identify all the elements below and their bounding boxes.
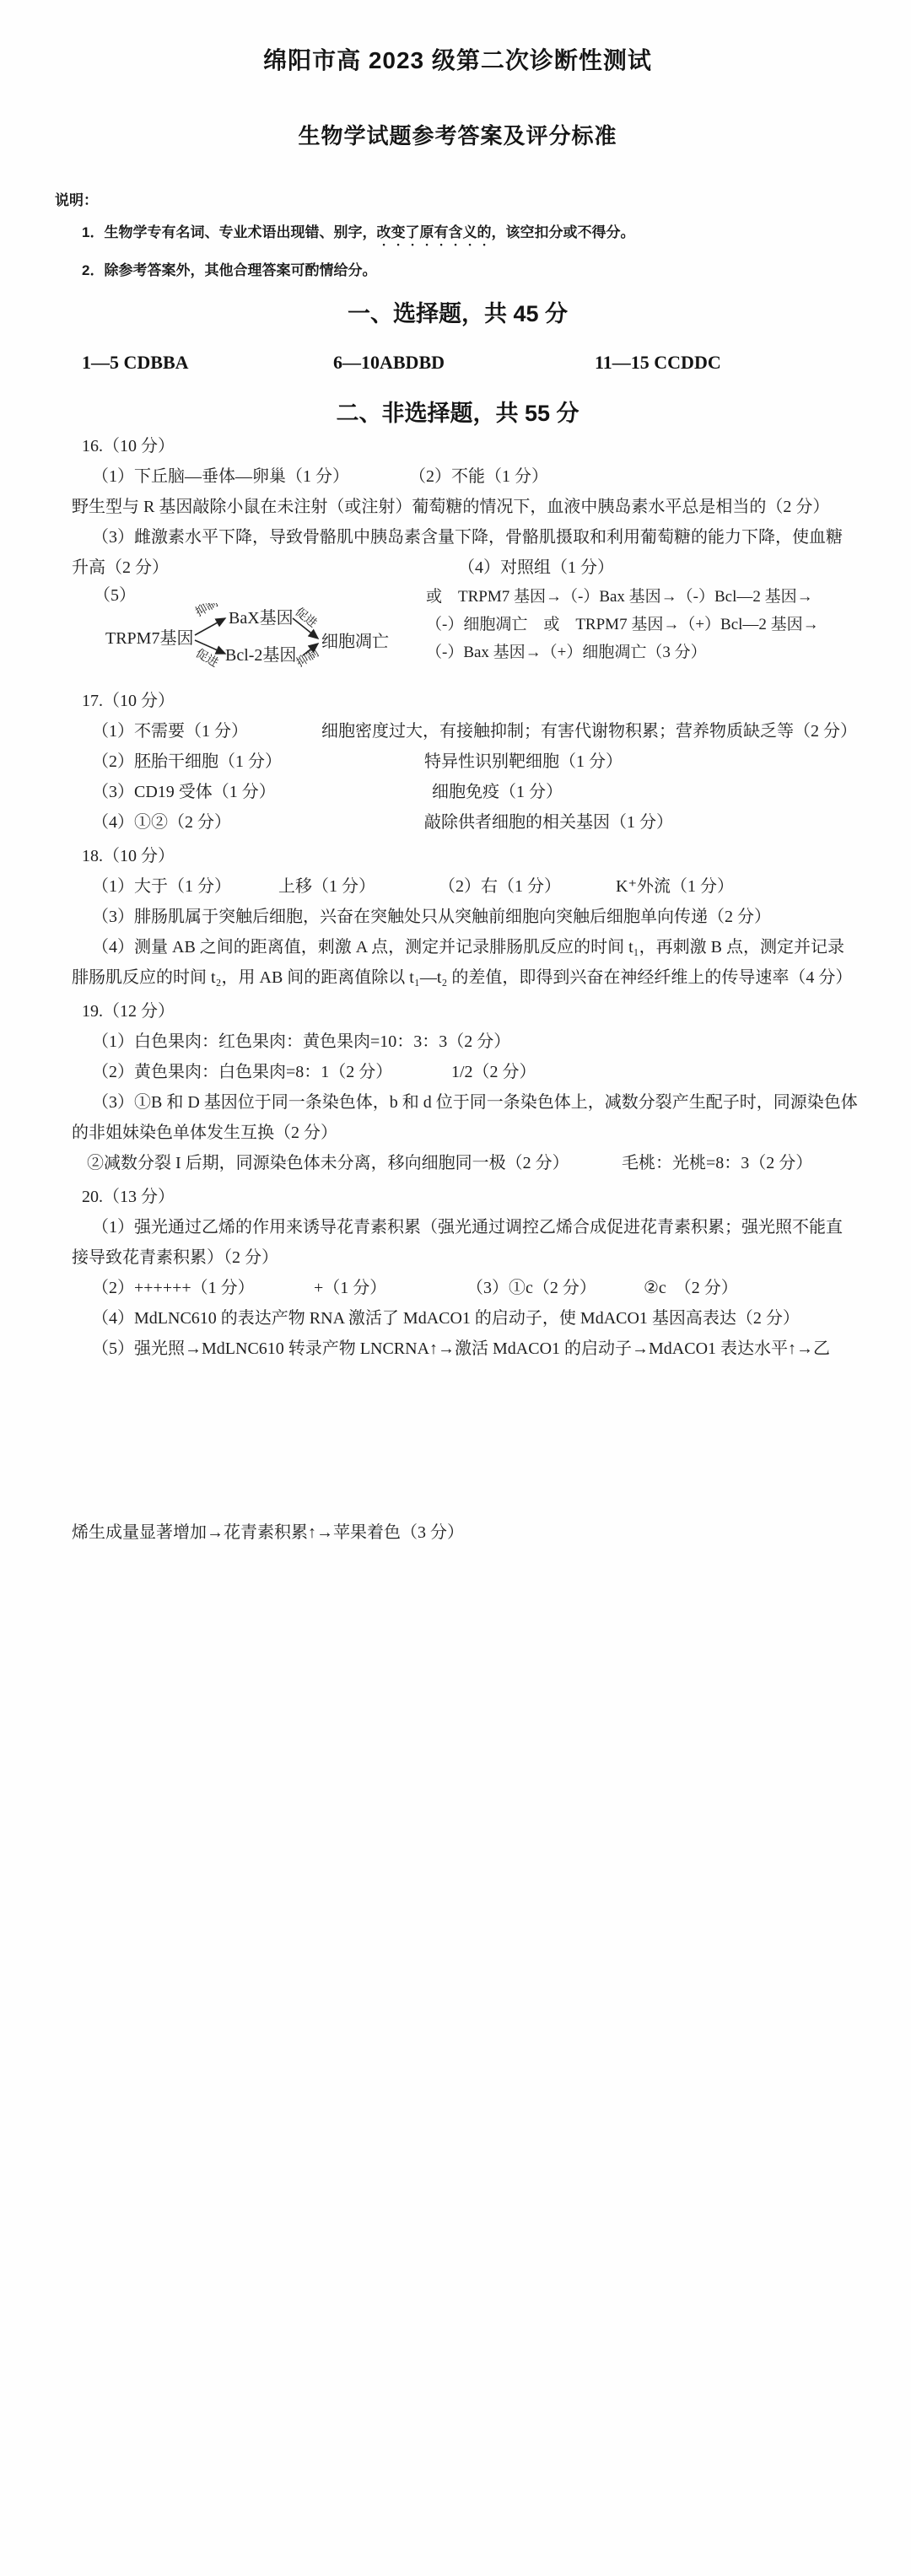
answer-line: 升高（2 分） （4）对照组（1 分） [55, 552, 860, 583]
answer-text: （3）CD19 受体（1 分） [92, 783, 276, 801]
note-item-1: 1．生物学专有名词、专业术语出现错、别字，改变了原有含义的，该空扣分或不得分。 [55, 223, 860, 249]
answer-text: （1）不需要（1 分） [92, 722, 248, 741]
answer-line: 野生型与 R 基因敲除小鼠在未注射（或注射）葡萄糖的情况下，血液中胰岛素水平总是… [55, 492, 860, 522]
arrow-line [195, 618, 225, 635]
notes-block: 说明： 1．生物学专有名词、专业术语出现错、别字，改变了原有含义的，该空扣分或不… [55, 191, 860, 281]
page-title: 绵阳市高 2023 级第二次诊断性测试 [55, 44, 860, 78]
answer-text: （4）①②（2 分） [92, 813, 231, 832]
question-19-heading: 19.（12 分） [55, 996, 860, 1027]
question-19-block: 19.（12 分） （1）白色果肉：红色果肉：黄色果肉=10：3：3（2 分） … [55, 996, 860, 1178]
answer-line: （1）强光通过乙烯的作用来诱导花青素积累（强光通过调控乙烯合成促进花青素积累；强… [55, 1212, 860, 1242]
page-content: 绵阳市高 2023 级第二次诊断性测试 生物学试题参考答案及评分标准 说明： 1… [0, 0, 911, 1548]
answer-text: （2）右（1 分） [439, 871, 561, 902]
answer-line: （2）胚胎干细胞（1 分） 特异性识别靶细胞（1 分） [55, 746, 860, 777]
answer-text: （3）①c（2 分） [466, 1273, 596, 1303]
answer-text: 细胞密度过大，有接触抑制；有害代谢物积累；营养物质缺乏等（2 分） [321, 716, 857, 746]
question-20-block: 20.（13 分） （1）强光通过乙烯的作用来诱导花青素积累（强光通过调控乙烯合… [55, 1182, 860, 1548]
answer-text: ②减数分裂 I 后期，同源染色体未分离，移向细胞同一极（2 分） [87, 1154, 569, 1172]
answer-text: （-）细胞凋亡 或 TRPM7 基因→（+）Bcl—2 基因→ [426, 611, 819, 639]
diagram-node-bax-gene: BaX基因 [229, 608, 294, 628]
answer-line: 的非姐妹染色单体发生互换（2 分） [55, 1118, 860, 1148]
answer-line: （3）①B 和 D 基因位于同一条染色体，b 和 d 位于同一条染色体上，减数分… [55, 1087, 860, 1118]
answer-text: 升高（2 分） [72, 558, 169, 577]
answer-text: ②c （2 分） [644, 1273, 738, 1303]
answer-text: 上移（1 分） [278, 871, 375, 902]
answer-text: （2）胚胎干细胞（1 分） [92, 752, 282, 771]
answer-text: 1/2（2 分） [451, 1057, 536, 1087]
answer-text: （1）下丘脑—垂体—卵巢（1 分） [92, 467, 349, 486]
answer-line: 腓肠肌反应的时间 t₂，用 AB 间的距离值除以 t₁—t₂ 的差值，即得到兴奋… [55, 962, 860, 993]
answer-text: 毛桃：光桃=8：3（2 分） [622, 1148, 812, 1178]
answer-line: （1）白色果肉：红色果肉：黄色果肉=10：3：3（2 分） [55, 1027, 860, 1057]
answer-line: （4）①②（2 分） 敲除供者细胞的相关基因（1 分） [55, 807, 860, 838]
diagram-node-apoptosis: 细胞凋亡 [321, 632, 389, 651]
answer-text: K⁺外流（1 分） [616, 871, 734, 902]
answer-text: （1）大于（1 分） [92, 877, 231, 896]
answer-line: （3）腓肠肌属于突触后细胞，兴奋在突触处只从突触前细胞向突触后细胞单向传递（2 … [55, 902, 860, 932]
answer-line: 接导致花青素积累）（2 分） [55, 1242, 860, 1273]
question-17-block: 17.（10 分） （1）不需要（1 分） 细胞密度过大，有接触抑制；有害代谢物… [55, 686, 860, 838]
section-1-heading: 一、选择题，共 45 分 [55, 299, 860, 328]
answer-line: （3）雌激素水平下降，导致骨骼肌中胰岛素含量下降，骨骼肌摄取和利用葡萄糖的能力下… [55, 522, 860, 552]
section-2-heading: 二、非选择题，共 55 分 [55, 399, 860, 428]
mcq-answers-6-10: 6—10ABDBD [333, 350, 445, 375]
answer-text: 特异性识别靶细胞（1 分） [424, 746, 623, 777]
answer-text: （2）黄色果肉：白色果肉=8：1（2 分） [92, 1063, 392, 1081]
note-1-number: 1． [82, 224, 104, 240]
scanned-answer-sheet: 绵阳市高 2023 级第二次诊断性测试 生物学试题参考答案及评分标准 说明： 1… [0, 0, 911, 2576]
question-18-block: 18.（10 分） （1）大于（1 分） 上移（1 分） （2）右（1 分） K… [55, 841, 860, 993]
answer-line: （4）MdLNC610 的表达产物 RNA 激活了 MdACO1 的启动子，使 … [55, 1303, 860, 1334]
note-1-text-pre: 生物学专有名词、专业术语出现错、别字， [104, 224, 376, 240]
answer-text: +（1 分） [314, 1273, 386, 1303]
answer-text: （-）Bax 基因→（+）细胞凋亡（3 分） [426, 639, 819, 666]
mcq-answers-11-15: 11—15 CCDDC [595, 350, 721, 375]
answer-line: （1）不需要（1 分） 细胞密度过大，有接触抑制；有害代谢物积累；营养物质缺乏等… [55, 716, 860, 746]
answer-text: 细胞免疫（1 分） [432, 777, 563, 807]
answer-text: （2）不能（1 分） [409, 461, 548, 492]
note-item-2: 2．除参考答案外，其他合理答案可酌情给分。 [55, 261, 860, 281]
arrow-label-inhibit: 抑制 [193, 603, 221, 619]
arrow-label-inhibit: 抑制 [294, 645, 321, 669]
answer-text: 或 TRPM7 基因→（-）Bax 基因→（-）Bcl—2 基因→ [426, 583, 819, 611]
answer-figure-row: （5） TRPM7基因 BaX基因 Bcl-2基因 细胞凋亡 抑制 [55, 583, 860, 682]
answer-line: （1）大于（1 分） 上移（1 分） （2）右（1 分） K⁺外流（1 分） [55, 871, 860, 902]
diagram-node-trpm7-gene: TRPM7基因 [105, 628, 193, 648]
question-16-heading: 16.（10 分） [55, 431, 860, 461]
note-1-text-post: ，该空扣分或不得分。 [491, 224, 634, 240]
gene-pathway-diagram: TRPM7基因 BaX基因 Bcl-2基因 细胞凋亡 抑制 促进 促进 抑制 [104, 603, 441, 669]
answer-line: （2）++++++（1 分） +（1 分） （3）①c（2 分） ②c （2 分… [55, 1273, 860, 1303]
answer-line: （5）强光照→MdLNC610 转录产物 LNCRNA↑→激活 MdACO1 的… [55, 1334, 860, 1364]
page-subtitle: 生物学试题参考答案及评分标准 [55, 121, 860, 150]
answer-line: 烯生成量显著增加→花青素积累↑→苹果着色（3 分） [55, 1517, 860, 1548]
arrow-label-promote: 促进 [293, 606, 320, 631]
answer-line: （1）下丘脑—垂体—卵巢（1 分） （2）不能（1 分） [55, 461, 860, 492]
answer-line: （3）CD19 受体（1 分） 细胞免疫（1 分） [55, 777, 860, 807]
answer-text: （4）对照组（1 分） [458, 552, 614, 583]
alternative-answer-column: 或 TRPM7 基因→（-）Bax 基因→（-）Bcl—2 基因→ （-）细胞凋… [426, 583, 819, 666]
mcq-answers-1-5: 1—5 CDBBA [82, 350, 189, 375]
answer-line: （4）测量 AB 之间的距离值，刺激 A 点，测定并记录腓肠肌反应的时间 t₁，… [55, 932, 860, 962]
question-17-heading: 17.（10 分） [55, 686, 860, 716]
mcq-answers-row: 1—5 CDBBA 6—10ABDBD 11—15 CCDDC [55, 350, 860, 375]
notes-label: 说明： [55, 191, 860, 211]
question-16-block: 16.（10 分） （1）下丘脑—垂体—卵巢（1 分） （2）不能（1 分） 野… [55, 431, 860, 682]
note-1-text-emphasized: 改变了原有含义的 [376, 224, 491, 240]
question-20-heading: 20.（13 分） [55, 1182, 860, 1212]
answer-text: 敲除供者细胞的相关基因（1 分） [424, 807, 673, 838]
answer-line: ②减数分裂 I 后期，同源染色体未分离，移向细胞同一极（2 分） 毛桃：光桃=8… [55, 1148, 860, 1178]
answer-text: （2）++++++（1 分） [92, 1279, 255, 1297]
answer-line: （2）黄色果肉：白色果肉=8：1（2 分） 1/2（2 分） [55, 1057, 860, 1087]
diagram-node-bcl2-gene: Bcl-2基因 [225, 645, 296, 665]
question-18-heading: 18.（10 分） [55, 841, 860, 871]
